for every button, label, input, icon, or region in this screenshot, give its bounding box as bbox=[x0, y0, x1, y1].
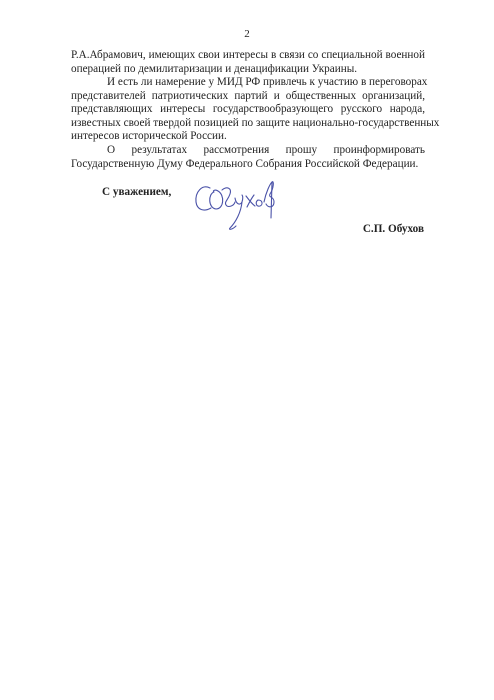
document-page: 2 Р.А.Абрамович, имеющих свои интересы в… bbox=[0, 0, 494, 700]
closing-salutation: С уважением, bbox=[102, 186, 171, 198]
paragraph-1: Р.А.Абрамович, имеющих свои интересы в с… bbox=[71, 49, 425, 76]
text-line: Р.А.Абрамович, имеющих свои интересы в с… bbox=[71, 49, 425, 63]
text-line: представляющих интересы государствообраз… bbox=[71, 103, 425, 117]
paragraph-2: И есть ли намерение у МИД РФ привлечь к … bbox=[71, 76, 425, 144]
handwritten-signature bbox=[192, 178, 292, 240]
paragraph-3: О результатах рассмотрения прошу проинфо… bbox=[71, 144, 425, 171]
text-line: О результатах рассмотрения прошу проинфо… bbox=[71, 144, 425, 158]
text-line: И есть ли намерение у МИД РФ привлечь к … bbox=[71, 76, 425, 90]
page-number: 2 bbox=[0, 28, 494, 40]
text-line: известных своей твердой позицией по защи… bbox=[71, 117, 425, 131]
signer-name: С.П. Обухов bbox=[363, 223, 424, 235]
text-line: Государственную Думу Федерального Собран… bbox=[71, 158, 425, 172]
text-line: операцией по демилитаризации и денацифик… bbox=[71, 63, 425, 77]
text-line: представителей патриотических партий и о… bbox=[71, 90, 425, 104]
text-line: интересов исторической России. bbox=[71, 130, 425, 144]
